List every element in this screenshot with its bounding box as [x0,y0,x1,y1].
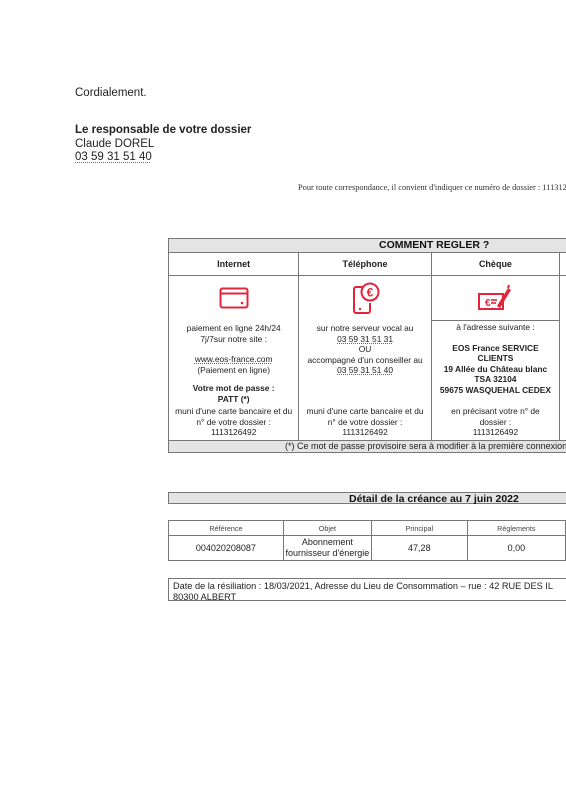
col-objet: Objet [283,521,371,536]
signature-title: Le responsable de votre dossier [75,124,251,136]
col-reference: Référence [169,521,284,536]
website-link[interactable]: www.eos-france.com [169,354,298,365]
payment-table-title: COMMENT REGLER ? [169,239,566,253]
advisor-phone-link[interactable]: 03 59 31 51 40 [299,365,430,376]
col-reglements: Règlements [467,521,565,536]
internet-line-2: 7j/7sur notre site : [169,334,298,345]
internet-footer-2: n° de votre dossier : [169,417,298,428]
correspondence-note: Pour toute correspondance, il convient d… [298,183,566,192]
phone-line-2: accompagné d'un conseiller au [299,355,430,366]
claim-table-header: Référence Objet Principal Règlements [169,521,566,536]
cheque-footer-3: 1113126492 [432,427,559,438]
cell-objet: Abonnement fournisseur d'énergie [283,536,371,561]
termination-info: Date de la résiliation : 18/03/2021, Adr… [168,578,566,601]
phone-euro-icon: € [350,281,380,315]
phone-line-1: sur notre serveur vocal au [299,323,430,334]
website-caption: (Paiement en ligne) [169,365,298,376]
payment-methods-table: COMMENT REGLER ? Internet Téléphone Chèq… [168,238,566,453]
credit-card-icon [219,287,249,309]
claim-title: Détail de la créance au 7 juin 2022 [168,492,566,504]
cheque-address-2: CLIENTS [432,353,559,364]
payment-cell-internet: paiement en ligne 24h/24 7j/7sur notre s… [169,276,299,440]
phone-or: OU [299,344,430,355]
phone-footer-1: muni d'une carte bancaire et du [299,406,430,417]
payment-table-headers: Internet Téléphone Chèque [169,253,566,276]
password-note: (*) Ce mot de passe provisoire sera à mo… [169,440,566,452]
cheque-address-1: EOS France SERVICE [432,343,559,354]
payment-cell-extra [560,276,566,440]
table-row: 004020208087 Abonnement fournisseur d'én… [169,536,566,561]
cell-principal: 47,28 [371,536,467,561]
internet-line-1: paiement en ligne 24h/24 [169,323,298,334]
col-principal: Principal [371,521,467,536]
cell-reference: 004020208087 [169,536,284,561]
cheque-address-4: TSA 32104 [432,374,559,385]
claim-table: Référence Objet Principal Règlements 004… [168,520,566,561]
header-extra [560,253,566,275]
cheque-footer-2: dossier : [432,417,559,428]
internet-footer-3: 1113126492 [169,427,298,438]
password-value: PATT (*) [169,394,298,405]
voice-server-phone-link[interactable]: 03 59 31 51 31 [299,334,430,345]
payment-cell-telephone: € sur notre serveur vocal au 03 59 31 51… [299,276,431,440]
password-label: Votre mot de passe : [169,383,298,394]
cheque-address-5: 59675 WASQUEHAL CEDEX [432,385,559,396]
phone-footer-3: 1113126492 [299,427,430,438]
signature-name: Claude DOREL [75,138,154,150]
header-telephone: Téléphone [299,253,431,275]
cell-reglements: 0,00 [467,536,565,561]
termination-info-line-2: 80300 ALBERT [173,592,566,602]
header-cheque: Chèque [432,253,560,275]
cheque-intro: à l'adresse suivante : [432,322,559,333]
cheque-footer-1: en précisant votre n° de [432,406,559,417]
signature-phone-link[interactable]: 03 59 31 51 40 [75,151,152,163]
cheque-pen-icon: € [477,284,513,312]
internet-footer-1: muni d'une carte bancaire et du [169,406,298,417]
header-internet: Internet [169,253,299,275]
cheque-address-3: 19 Allée du Château blanc [432,364,559,375]
phone-footer-2: n° de votre dossier : [299,417,430,428]
payment-cell-cheque: € à l'adresse suivante : EOS France SERV… [432,276,560,440]
svg-text:€: € [367,286,374,300]
termination-info-line-1: Date de la résiliation : 18/03/2021, Adr… [173,581,566,592]
svg-text:€: € [485,298,491,309]
closing-text: Cordialement. [75,87,147,99]
